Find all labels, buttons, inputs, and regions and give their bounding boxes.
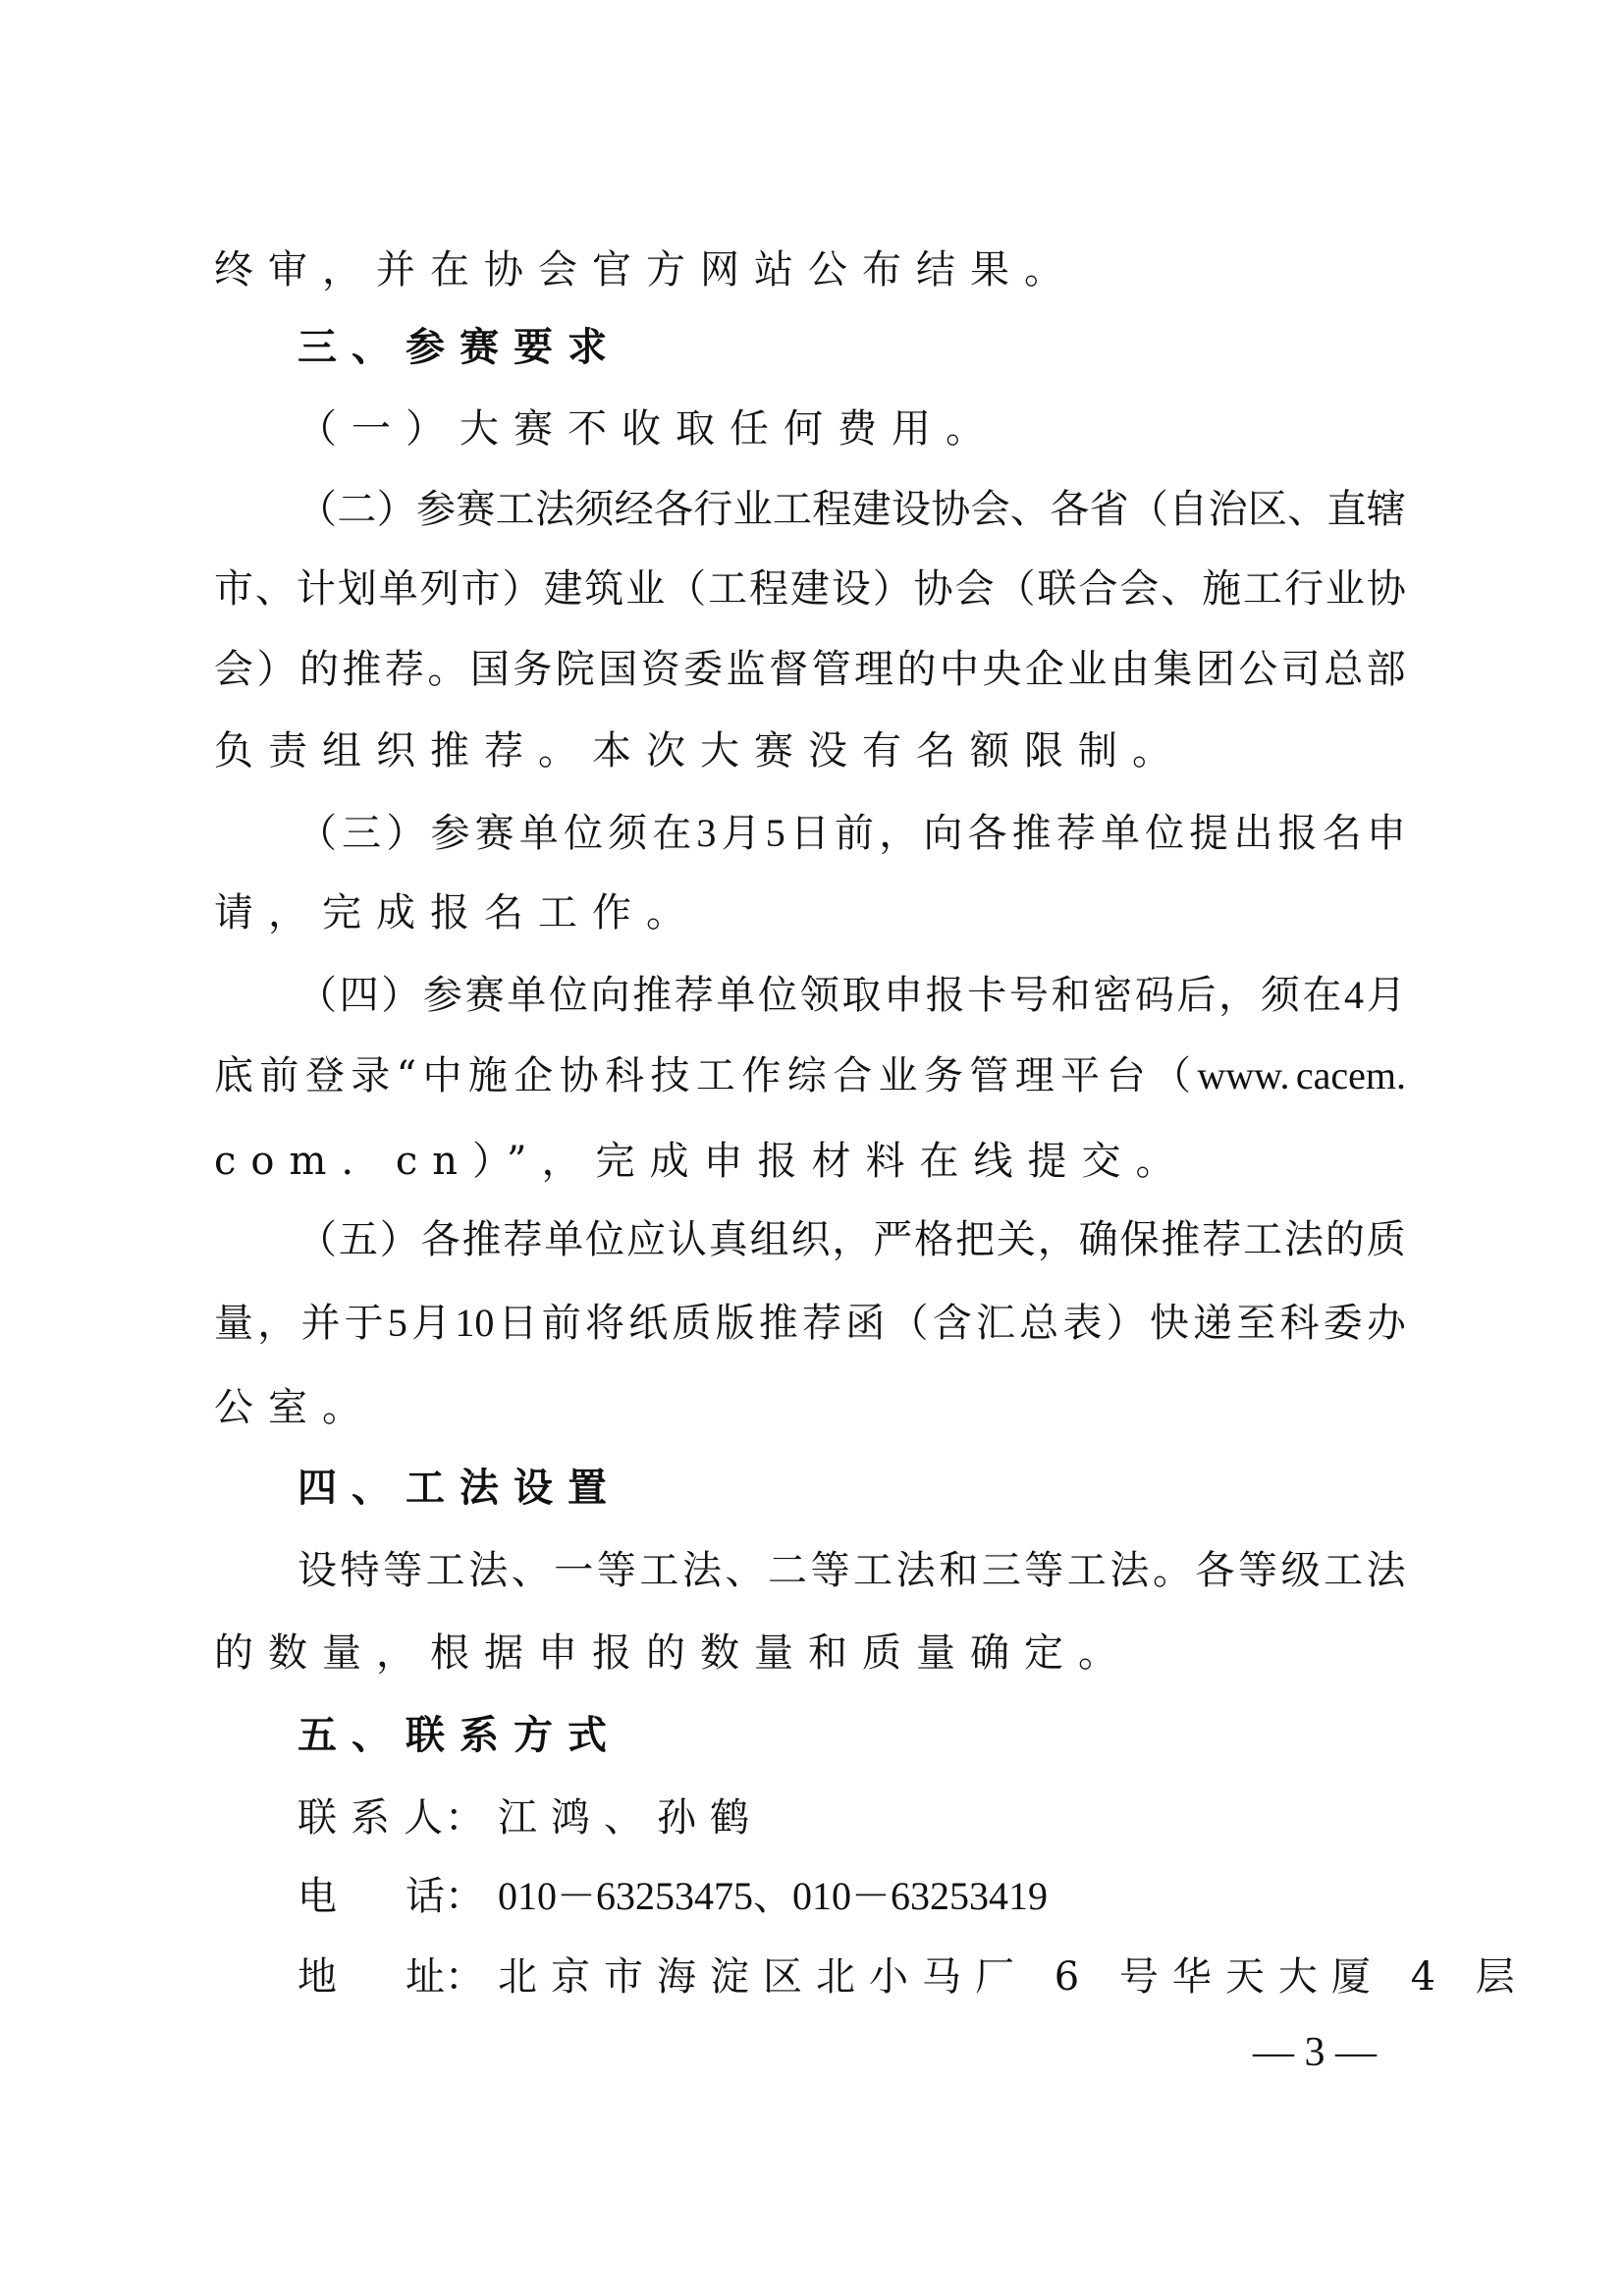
contact-value: 010－63253475、010－63253419 <box>498 1874 1048 1918</box>
section-heading: 四、工法设置 <box>298 1461 622 1516</box>
contact-separator: ： <box>445 1795 498 1841</box>
text-line: 请，完成报名工作。 <box>214 885 700 940</box>
contact-separator: ： <box>445 1954 498 2000</box>
text-line: （三）参赛单位须在3月5日前，向各推荐单位提出报名申 <box>298 806 1406 861</box>
contact-label: 电话 <box>298 1869 445 1924</box>
text-line: 设特等工法、一等工法、二等工法和三等工法。各等级工法 <box>298 1543 1406 1598</box>
contact-value: 北京市海淀区北小马厂 6 号华天大厦 4 层 <box>498 1954 1529 2000</box>
text-line: 市、计划单列市）建筑业（工程建设）协会（联合会、施工行业协 <box>214 561 1406 616</box>
contact-line: 地址：北京市海淀区北小马厂 6 号华天大厦 4 层 <box>298 1949 1529 2004</box>
text-line: （二）参赛工法须经各行业工程建设协会、各省（自治区、直辖 <box>298 482 1406 537</box>
text-line: （一）大赛不收取任何费用。 <box>298 401 1000 456</box>
text-line: 底前登录“中施企协科技工作综合业务管理平台（www.cacem. <box>214 1048 1406 1103</box>
text-line: （四）参赛单位向推荐单位领取申报卡号和密码后，须在4月 <box>298 968 1406 1023</box>
text-line: 负责组织推荐。本次大赛没有名额限制。 <box>214 723 1186 778</box>
section-heading: 三、参赛要求 <box>298 320 622 375</box>
section-heading: 五、联系方式 <box>298 1708 622 1763</box>
text-line: 终审，并在协会官方网站公布结果。 <box>214 242 1078 297</box>
contact-separator: ： <box>445 1874 498 1919</box>
contact-line: 联系人：江鸿、孙鹤 <box>298 1790 763 1845</box>
contact-label: 联系人 <box>298 1790 445 1845</box>
page-number: — 3 — <box>1253 2025 1377 2080</box>
contact-value: 江鸿、孙鹤 <box>498 1795 763 1841</box>
text-line: 量，并于5月10日前将纸质版推荐函（含汇总表）快递至科委办 <box>214 1296 1406 1351</box>
text-line: 公室。 <box>214 1380 376 1435</box>
contact-line: 电话：010－63253475、010－63253419 <box>298 1869 1048 1924</box>
text-line: 的数量，根据申报的数量和质量确定。 <box>214 1626 1132 1681</box>
text-line: 会）的推荐。国务院国资委监督管理的中央企业由集团公司总部 <box>214 642 1406 697</box>
document-page: 终审，并在协会官方网站公布结果。三、参赛要求（一）大赛不收取任何费用。（二）参赛… <box>0 0 1623 2296</box>
text-line: com. cn）”，完成申报材料在线提交。 <box>214 1134 1189 1189</box>
text-line: （五）各推荐单位应认真组织，严格把关，确保推荐工法的质 <box>298 1212 1406 1267</box>
contact-label: 地址 <box>298 1949 445 2004</box>
